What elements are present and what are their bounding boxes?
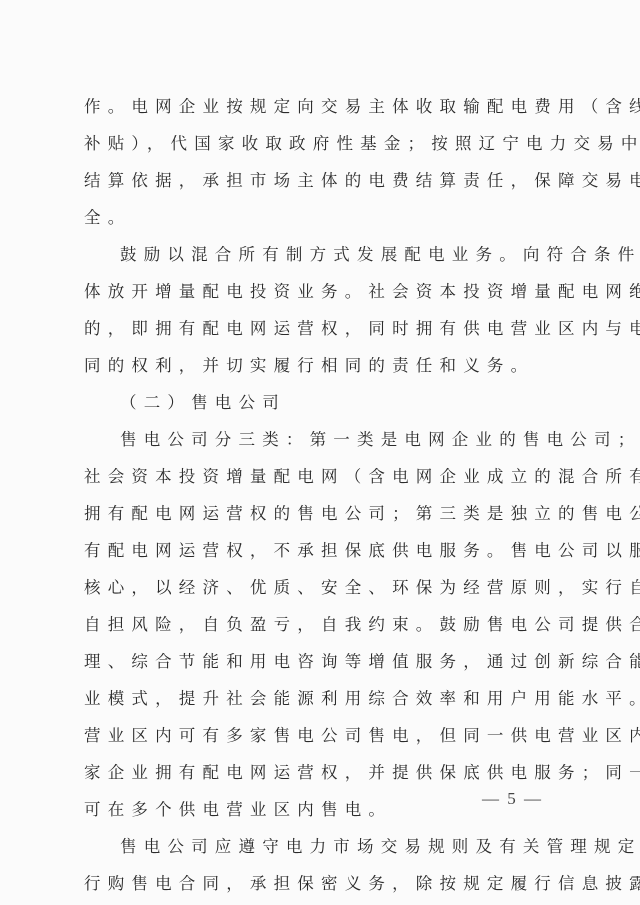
text-line: 售电公司应遵守电力市场交易规则及有关管理规定，严格履 <box>84 828 564 865</box>
text-line: 理、综合节能和用电咨询等增值服务，通过创新综合能源服务商 <box>84 643 564 680</box>
text-line: 补贴），代国家收取政府性基金；按照辽宁电力交易中心出具的 <box>84 125 564 162</box>
text-line: 结算依据，承担市场主体的电费结算责任，保障交易电费资金安 <box>84 162 564 199</box>
document-page: 作。电网企业按规定向交易主体收取输配电费用（含线损和交叉 补贴），代国家收取政府… <box>84 88 564 902</box>
page-number: — 5 — <box>482 789 543 809</box>
text-line: 行购售电合同，承担保密义务，除按规定履行信息披露义务外， <box>84 865 564 902</box>
text-line: 业模式，提升社会能源利用综合效率和用户用能水平。同一供电 <box>84 680 564 717</box>
text-line: 鼓励以混合所有制方式发展配电业务。向符合条件的市场主 <box>84 236 564 273</box>
text-line: 作。电网企业按规定向交易主体收取输配电费用（含线损和交叉 <box>84 88 564 125</box>
text-line: 有配电网运营权，不承担保底供电服务。售电公司以服务用户为 <box>84 532 564 569</box>
text-line: 核心，以经济、优质、安全、环保为经营原则，实行自主经营， <box>84 569 564 606</box>
section-heading: （二）售电公司 <box>84 384 564 421</box>
text-line: 自担风险，自负盈亏，自我约束。鼓励售电公司提供合同能源管 <box>84 606 564 643</box>
text-line: 家企业拥有配电网运营权，并提供保底供电服务；同一售电公司 <box>84 754 564 791</box>
text-line: 全。 <box>84 199 564 236</box>
text-line: 同的权利，并切实履行相同的责任和义务。 <box>84 347 564 384</box>
text-line: 体放开增量配电投资业务。社会资本投资增量配电网绝对控股 <box>84 273 564 310</box>
text-line: 营业区内可有多家售电公司售电，但同一供电营业区内只能有一 <box>84 717 564 754</box>
text-line: 拥有配电网运营权的售电公司；第三类是独立的售电公司，不拥 <box>84 495 564 532</box>
text-line: 社会资本投资增量配电网（含电网企业成立的混合所有制企业）， <box>84 458 564 495</box>
text-line: 售电公司分三类：第一类是电网企业的售电公司；第二类是 <box>84 421 564 458</box>
text-line: 的，即拥有配电网运营权，同时拥有供电营业区内与电网公司相 <box>84 310 564 347</box>
